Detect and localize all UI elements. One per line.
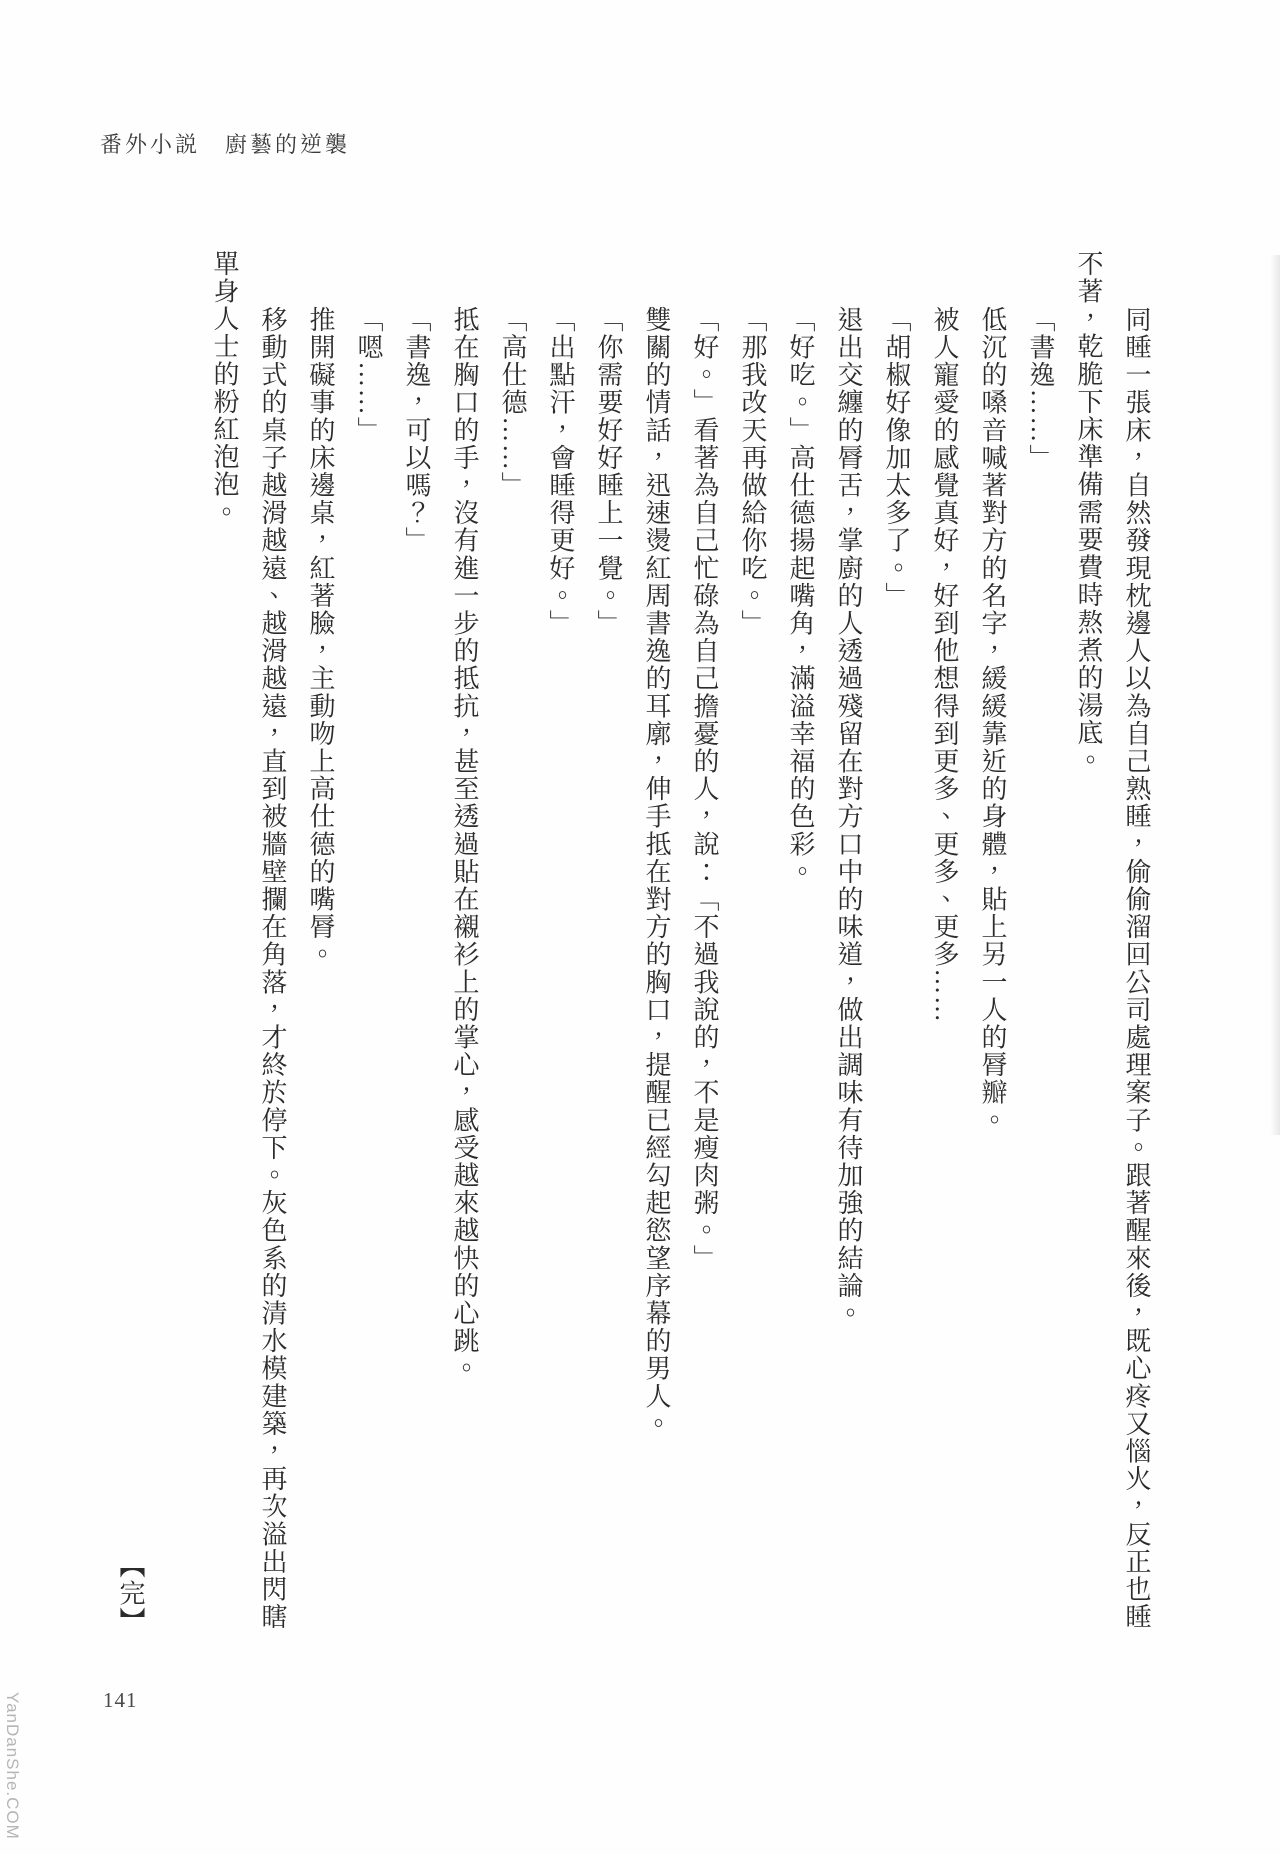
paragraph: 低沉的嗓音喊著對方的名字，緩緩靠近的身體，貼上另一人的脣瓣。 — [968, 250, 1016, 1642]
paragraph: 同睡一張床，自然發現枕邊人以為自己熟睡，偷偷溜回公司處理案子。跟著醒來後，既心疼… — [1064, 250, 1160, 1642]
paragraph: 「書逸，可以嗎？」 — [392, 250, 440, 1642]
paragraph: 「好吃。」高仕德揚起嘴角，滿溢幸福的色彩。 — [776, 250, 824, 1642]
paragraph: 被人寵愛的感覺真好，好到他想得到更多、更多、更多…… — [920, 250, 968, 1642]
paragraph: 「好。」看著為自己忙碌為自己擔憂的人，說：「不過我說的，不是瘦肉粥。」 — [680, 250, 728, 1642]
paragraph: 移動式的桌子越滑越遠、越滑越遠，直到被牆壁攔在角落，才終於停下。灰色系的清水模建… — [200, 250, 296, 1642]
page-number: 141 — [103, 1688, 138, 1713]
paragraph: 「高仕德……」 — [488, 250, 536, 1642]
watermark: YanDanShe.COM — [2, 1692, 22, 1840]
paragraph: 退出交纏的脣舌，掌廚的人透過殘留在對方口中的味道，做出調味有待加強的結論。 — [824, 250, 872, 1642]
book-page: 番外小説 廚藝的逆襲 同睡一張床，自然發現枕邊人以為自己熟睡，偷偷溜回公司處理案… — [0, 0, 1280, 1854]
paragraph: 「嗯……」 — [344, 250, 392, 1642]
paragraph: 雙關的情話，迅速燙紅周書逸的耳廓，伸手抵在對方的胸口，提醒已經勾起慾望序幕的男人… — [632, 250, 680, 1642]
paragraph: 「你需要好好睡上一覺。」 — [584, 250, 632, 1642]
end-mark: 【完】 — [112, 1552, 149, 1635]
paragraph: 推開礙事的床邊桌，紅著臉，主動吻上高仕德的嘴脣。 — [296, 250, 344, 1642]
novel-text-block: 同睡一張床，自然發現枕邊人以為自己熟睡，偷偷溜回公司處理案子。跟著醒來後，既心疼… — [150, 250, 1160, 1642]
running-header: 番外小説 廚藝的逆襲 — [100, 128, 350, 159]
paragraph: 「胡椒好像加太多了。」 — [872, 250, 920, 1642]
scan-artifact — [1270, 255, 1280, 1135]
paragraph: 「那我改天再做給你吃。」 — [728, 250, 776, 1642]
paragraph: 「書逸……」 — [1016, 250, 1064, 1642]
paragraph: 抵在胸口的手，沒有進一步的抵抗，甚至透過貼在襯衫上的掌心，感受越來越快的心跳。 — [440, 250, 488, 1642]
paragraph: 「出點汗，會睡得更好。」 — [536, 250, 584, 1642]
